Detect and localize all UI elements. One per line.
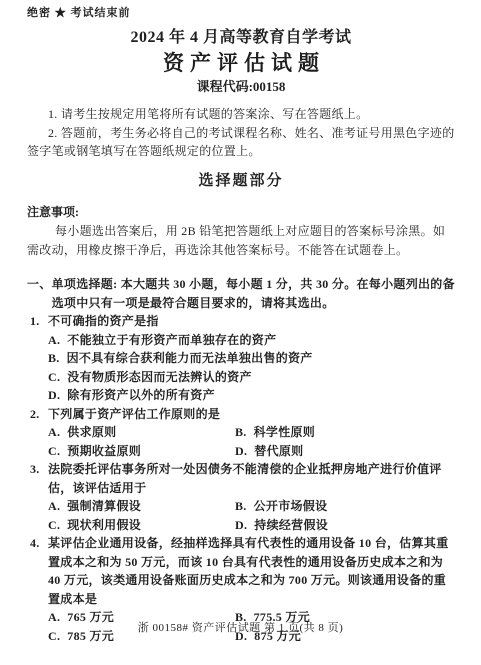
option-a: A.供求原则 xyxy=(48,423,235,442)
option-label: A. xyxy=(48,425,60,439)
question-stem: 下列属于资产评估工作原则的是 xyxy=(48,405,455,424)
option-text: 持续经营假设 xyxy=(254,518,328,532)
question-body: 下列属于资产评估工作原则的是 A.供求原则 B.科学性原则 C.预期收益原则 D… xyxy=(48,405,455,461)
section-heading: 选择题部分 xyxy=(27,171,455,191)
question-3: 3. 法院委托评估事务所对一处因债务不能清偿的企业抵押房地产进行价值评估，该评估… xyxy=(27,460,455,534)
question-list: 1. 不可确指的资产是指 A.不能独立于有形资产而单独存在的资产 B.因不具有综… xyxy=(27,312,455,645)
option-d: D.替代原则 xyxy=(235,442,455,461)
exam-session-title: 2024 年 4 月高等教育自学考试 xyxy=(27,28,455,48)
option-text: 公开市场假设 xyxy=(254,499,328,513)
security-label: 绝密 ★ 考试结束前 xyxy=(27,6,455,20)
option-label: B. xyxy=(235,425,247,439)
option-b: B.因不具有综合获利能力而无法单独出售的资产 xyxy=(48,349,455,368)
question-stem: 某评估企业通用设备，经抽样选择具有代表性的通用设备 10 台，估算其重置成本之和… xyxy=(48,534,455,608)
option-text: 不能独立于有形资产而单独存在的资产 xyxy=(67,333,276,347)
instruction-item-2: 2. 答题前，考生务必将自己的考试课程名称、姓名、准考证号用黑色字迹的签字笔或钢… xyxy=(27,124,455,161)
option-c: C.没有物质形态因而无法辨认的资产 xyxy=(48,368,455,387)
option-text: 强制清算假设 xyxy=(67,499,141,513)
exam-title: 资产评估试题 xyxy=(27,50,455,76)
preamble: 1. 请考生按规定用笔将所有试题的答案涂、写在答题纸上。 2. 答题前，考生务必… xyxy=(27,105,455,161)
option-label: C. xyxy=(48,444,60,458)
option-text: 除有形资产以外的所有资产 xyxy=(67,388,215,402)
question-2: 2. 下列属于资产评估工作原则的是 A.供求原则 B.科学性原则 C.预期收益原… xyxy=(27,405,455,461)
question-stem: 不可确指的资产是指 xyxy=(48,312,455,331)
notice-body: 每小题选出答案后，用 2B 铅笔把答题纸上对应题目的答案标号涂黑。如需改动，用橡… xyxy=(27,222,455,259)
option-label: D. xyxy=(235,444,247,458)
option-d: D.除有形资产以外的所有资产 xyxy=(48,386,455,405)
option-text: 科学性原则 xyxy=(254,425,316,439)
question-number: 1. xyxy=(27,312,48,405)
option-d: D.持续经营假设 xyxy=(235,516,455,535)
question-stem: 法院委托评估事务所对一处因债务不能清偿的企业抵押房地产进行价值评估，该评估适用于 xyxy=(48,460,455,497)
notice-title: 注意事项: xyxy=(27,203,455,222)
part1-heading: 一、 单项选择题: 本大题共 30 小题，每小题 1 分，共 30 分。在每小题… xyxy=(27,275,455,312)
option-text: 供求原则 xyxy=(67,425,116,439)
question-body: 法院委托评估事务所对一处因债务不能清偿的企业抵押房地产进行价值评估，该评估适用于… xyxy=(48,460,455,534)
option-label: C. xyxy=(48,370,60,384)
exam-paper-page: 绝密 ★ 考试结束前 2024 年 4 月高等教育自学考试 资产评估试题 课程代… xyxy=(0,0,481,665)
option-text: 因不具有综合获利能力而无法单独出售的资产 xyxy=(67,351,313,365)
page-footer: 浙 00158# 资产评估试题 第 1 页(共 8 页) xyxy=(0,621,481,636)
question-options: A.强制清算假设 B.公开市场假设 C.现状利用假设 D.持续经营假设 xyxy=(48,497,455,534)
part1-heading-text: 单项选择题: 本大题共 30 小题，每小题 1 分，共 30 分。在每小题列出的… xyxy=(52,275,455,312)
option-text: 替代原则 xyxy=(254,444,303,458)
option-label: A. xyxy=(48,333,60,347)
option-text: 预期收益原则 xyxy=(67,444,141,458)
option-label: A. xyxy=(48,499,60,513)
option-label: C. xyxy=(48,518,60,532)
option-label: B. xyxy=(235,499,247,513)
question-1: 1. 不可确指的资产是指 A.不能独立于有形资产而单独存在的资产 B.因不具有综… xyxy=(27,312,455,405)
instruction-item-1: 1. 请考生按规定用笔将所有试题的答案涂、写在答题纸上。 xyxy=(27,105,455,124)
option-label: D. xyxy=(235,518,247,532)
option-a: A.强制清算假设 xyxy=(48,497,235,516)
question-body: 不可确指的资产是指 A.不能独立于有形资产而单独存在的资产 B.因不具有综合获利… xyxy=(48,312,455,405)
option-c: C.现状利用假设 xyxy=(48,516,235,535)
question-number: 3. xyxy=(27,460,48,534)
part1-heading-marker: 一、 xyxy=(27,275,52,312)
option-c: C.预期收益原则 xyxy=(48,442,235,461)
question-number: 2. xyxy=(27,405,48,461)
course-code: 课程代码:00158 xyxy=(27,78,455,95)
option-text: 现状利用假设 xyxy=(67,518,141,532)
question-options: A.不能独立于有形资产而单独存在的资产 B.因不具有综合获利能力而无法单独出售的… xyxy=(48,331,455,405)
question-options: A.供求原则 B.科学性原则 C.预期收益原则 D.替代原则 xyxy=(48,423,455,460)
option-label: B. xyxy=(48,351,60,365)
option-text: 没有物质形态因而无法辨认的资产 xyxy=(67,370,252,384)
option-b: B.科学性原则 xyxy=(235,423,455,442)
option-b: B.公开市场假设 xyxy=(235,497,455,516)
option-a: A.不能独立于有形资产而单独存在的资产 xyxy=(48,331,455,350)
option-label: D. xyxy=(48,388,60,402)
